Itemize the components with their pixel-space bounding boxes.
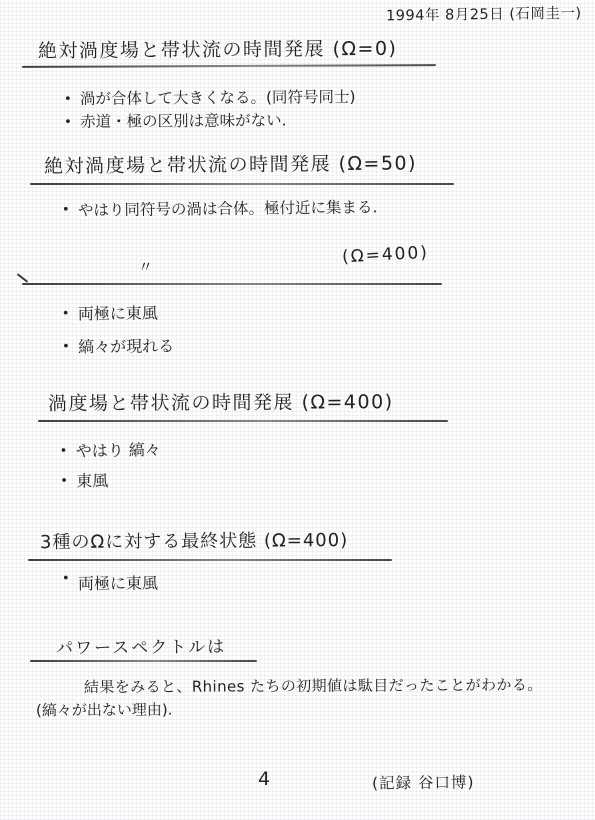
bullet-icon: • xyxy=(60,467,77,497)
list-item: • 赤道・極の区別は意味がない. xyxy=(64,109,356,134)
list-item: • 両極に東風 xyxy=(62,571,158,595)
recorder-credit: (記録 谷口博) xyxy=(372,770,475,793)
bullet-list-omega50: • やはり同符号の渦は合体。極付近に集まる. xyxy=(62,196,378,221)
heading-underline xyxy=(28,559,392,561)
bullet-text: 縞々が現れる xyxy=(78,330,174,364)
bullet-list-omega0: • 渦が合体して大きくなる。(同符号同士) • 赤道・極の区別は意味がない. xyxy=(64,86,356,134)
list-item: • 縞々が現れる xyxy=(62,330,174,364)
bullet-text: 両極に東風 xyxy=(78,571,158,595)
heading-underline xyxy=(22,283,442,285)
date-line: 1994年 8月25日 (石岡圭一) xyxy=(386,2,582,26)
section-heading-vorticity-omega400: 渦度場と帯状流の時間発展 (Ω=400) xyxy=(48,387,394,416)
section-heading-omega0: 絶対渦度場と帯状流の時間発展 (Ω=0) xyxy=(38,34,398,64)
bullet-text: 赤道・極の区別は意味がない. xyxy=(80,109,287,133)
bullet-list-vorticity-omega400: • やはり 縞々 • 東風 xyxy=(59,435,161,497)
handwritten-notes-page: 1994年 8月25日 (石岡圭一) 絶対渦度場と帯状流の時間発展 (Ω=0) … xyxy=(0,0,595,820)
ditto-mark: 〃 xyxy=(138,256,153,277)
section-heading-final-states: 3種のΩに対する最終状態 (Ω=400) xyxy=(40,526,348,554)
heading-underline xyxy=(38,420,448,422)
heading-underline xyxy=(30,660,257,662)
bullet-text: 渦が合体して大きくなる。(同符号同士) xyxy=(80,86,356,111)
list-item: • やはり同符号の渦は合体。極付近に集まる. xyxy=(62,196,378,221)
note-text: 結果をみると、Rhines たちの初期値は駄目だったことがわかる。 xyxy=(84,674,543,697)
bullet-text: やはり同符号の渦は合体。極付近に集まる. xyxy=(78,196,378,221)
heading-underline xyxy=(22,64,436,68)
bullet-text: 両極に東風 xyxy=(78,297,158,331)
list-item: • 東風 xyxy=(60,465,162,497)
section-heading-omega50: 絶対渦度場と帯状流の時間発展 (Ω=50) xyxy=(44,148,417,178)
heading-underline xyxy=(30,183,454,185)
section-heading-power-spectrum: パワースペクトルは xyxy=(56,632,226,658)
bullet-icon: • xyxy=(62,199,78,221)
bullet-text: やはり 縞々 xyxy=(75,435,161,466)
list-item: • 渦が合体して大きくなる。(同符号同士) xyxy=(64,86,356,111)
bullet-icon: • xyxy=(64,88,80,111)
bullet-icon: • xyxy=(62,330,78,363)
note-text-parenthetical: (縞々が出ない理由). xyxy=(36,699,173,721)
bullet-icon: • xyxy=(59,437,76,467)
bullet-list-omega400-fields: • 両極に東風 • 縞々が現れる xyxy=(62,297,175,364)
list-item: • やはり 縞々 xyxy=(59,435,161,467)
page-number: 4 xyxy=(258,768,270,790)
bullet-text: 東風 xyxy=(76,466,109,497)
bullet-list-final-states: • 両極に東風 xyxy=(62,571,158,595)
bullet-icon: • xyxy=(62,297,78,330)
underline-hook xyxy=(17,273,28,283)
omega-400-label: (Ω=400) xyxy=(342,243,430,268)
bullet-icon: • xyxy=(62,571,78,586)
list-item: • 両極に東風 xyxy=(62,297,174,331)
bullet-icon: • xyxy=(64,111,80,134)
